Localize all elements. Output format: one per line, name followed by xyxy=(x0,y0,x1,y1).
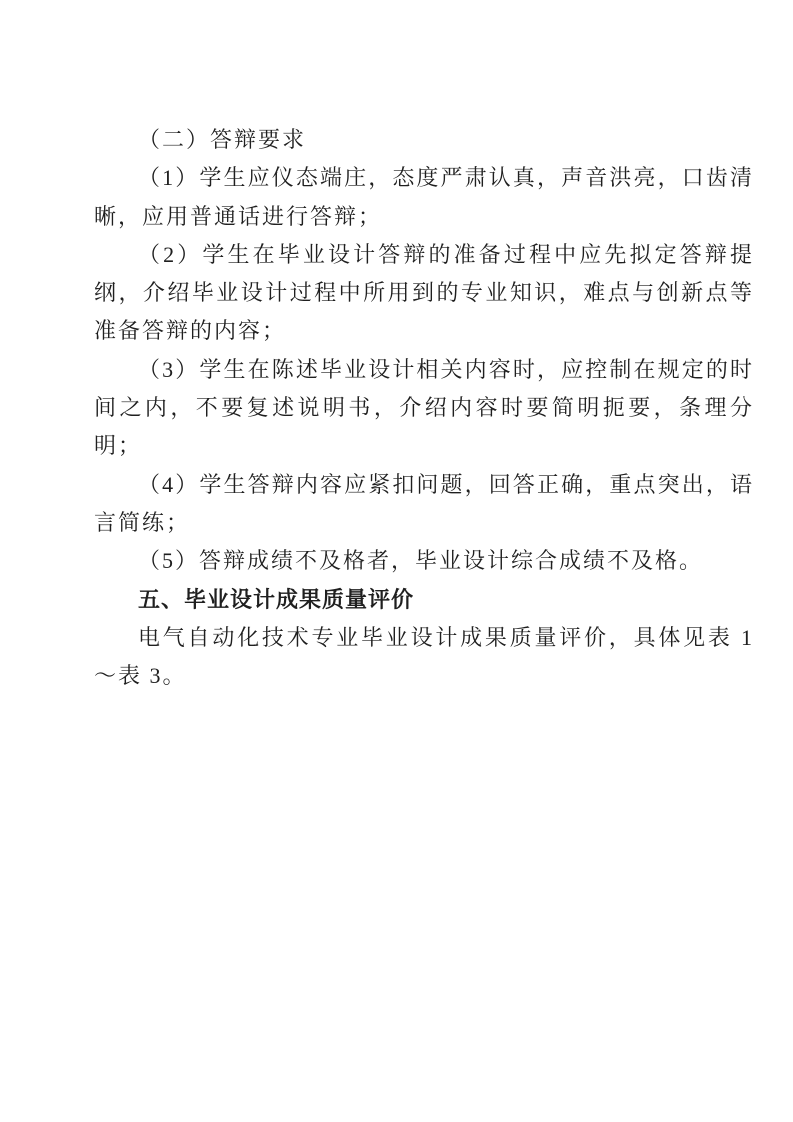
closing-paragraph: 电气自动化技术专业毕业设计成果质量评价，具体见表 1～表 3。 xyxy=(94,619,754,696)
document-page: （二）答辩要求 （1）学生应仪态端庄，态度严肃认真，声音洪亮，口齿清晰，应用普通… xyxy=(0,0,793,1122)
chapter-heading: 五、毕业设计成果质量评价 xyxy=(94,581,754,619)
section-heading: （二）答辩要求 xyxy=(94,121,754,159)
clause-3: （3）学生在陈述毕业设计相关内容时，应控制在规定的时间之内，不要复述说明书，介绍… xyxy=(94,351,754,466)
clause-5: （5）答辩成绩不及格者，毕业设计综合成绩不及格。 xyxy=(94,542,754,580)
clause-1: （1）学生应仪态端庄，态度严肃认真，声音洪亮，口齿清晰，应用普通话进行答辩； xyxy=(94,159,754,236)
clause-2: （2）学生在毕业设计答辩的准备过程中应先拟定答辩提纲，介绍毕业设计过程中所用到的… xyxy=(94,236,754,351)
document-body: （二）答辩要求 （1）学生应仪态端庄，态度严肃认真，声音洪亮，口齿清晰，应用普通… xyxy=(94,121,754,695)
clause-4: （4）学生答辩内容应紧扣问题，回答正确，重点突出，语言简练； xyxy=(94,466,754,543)
